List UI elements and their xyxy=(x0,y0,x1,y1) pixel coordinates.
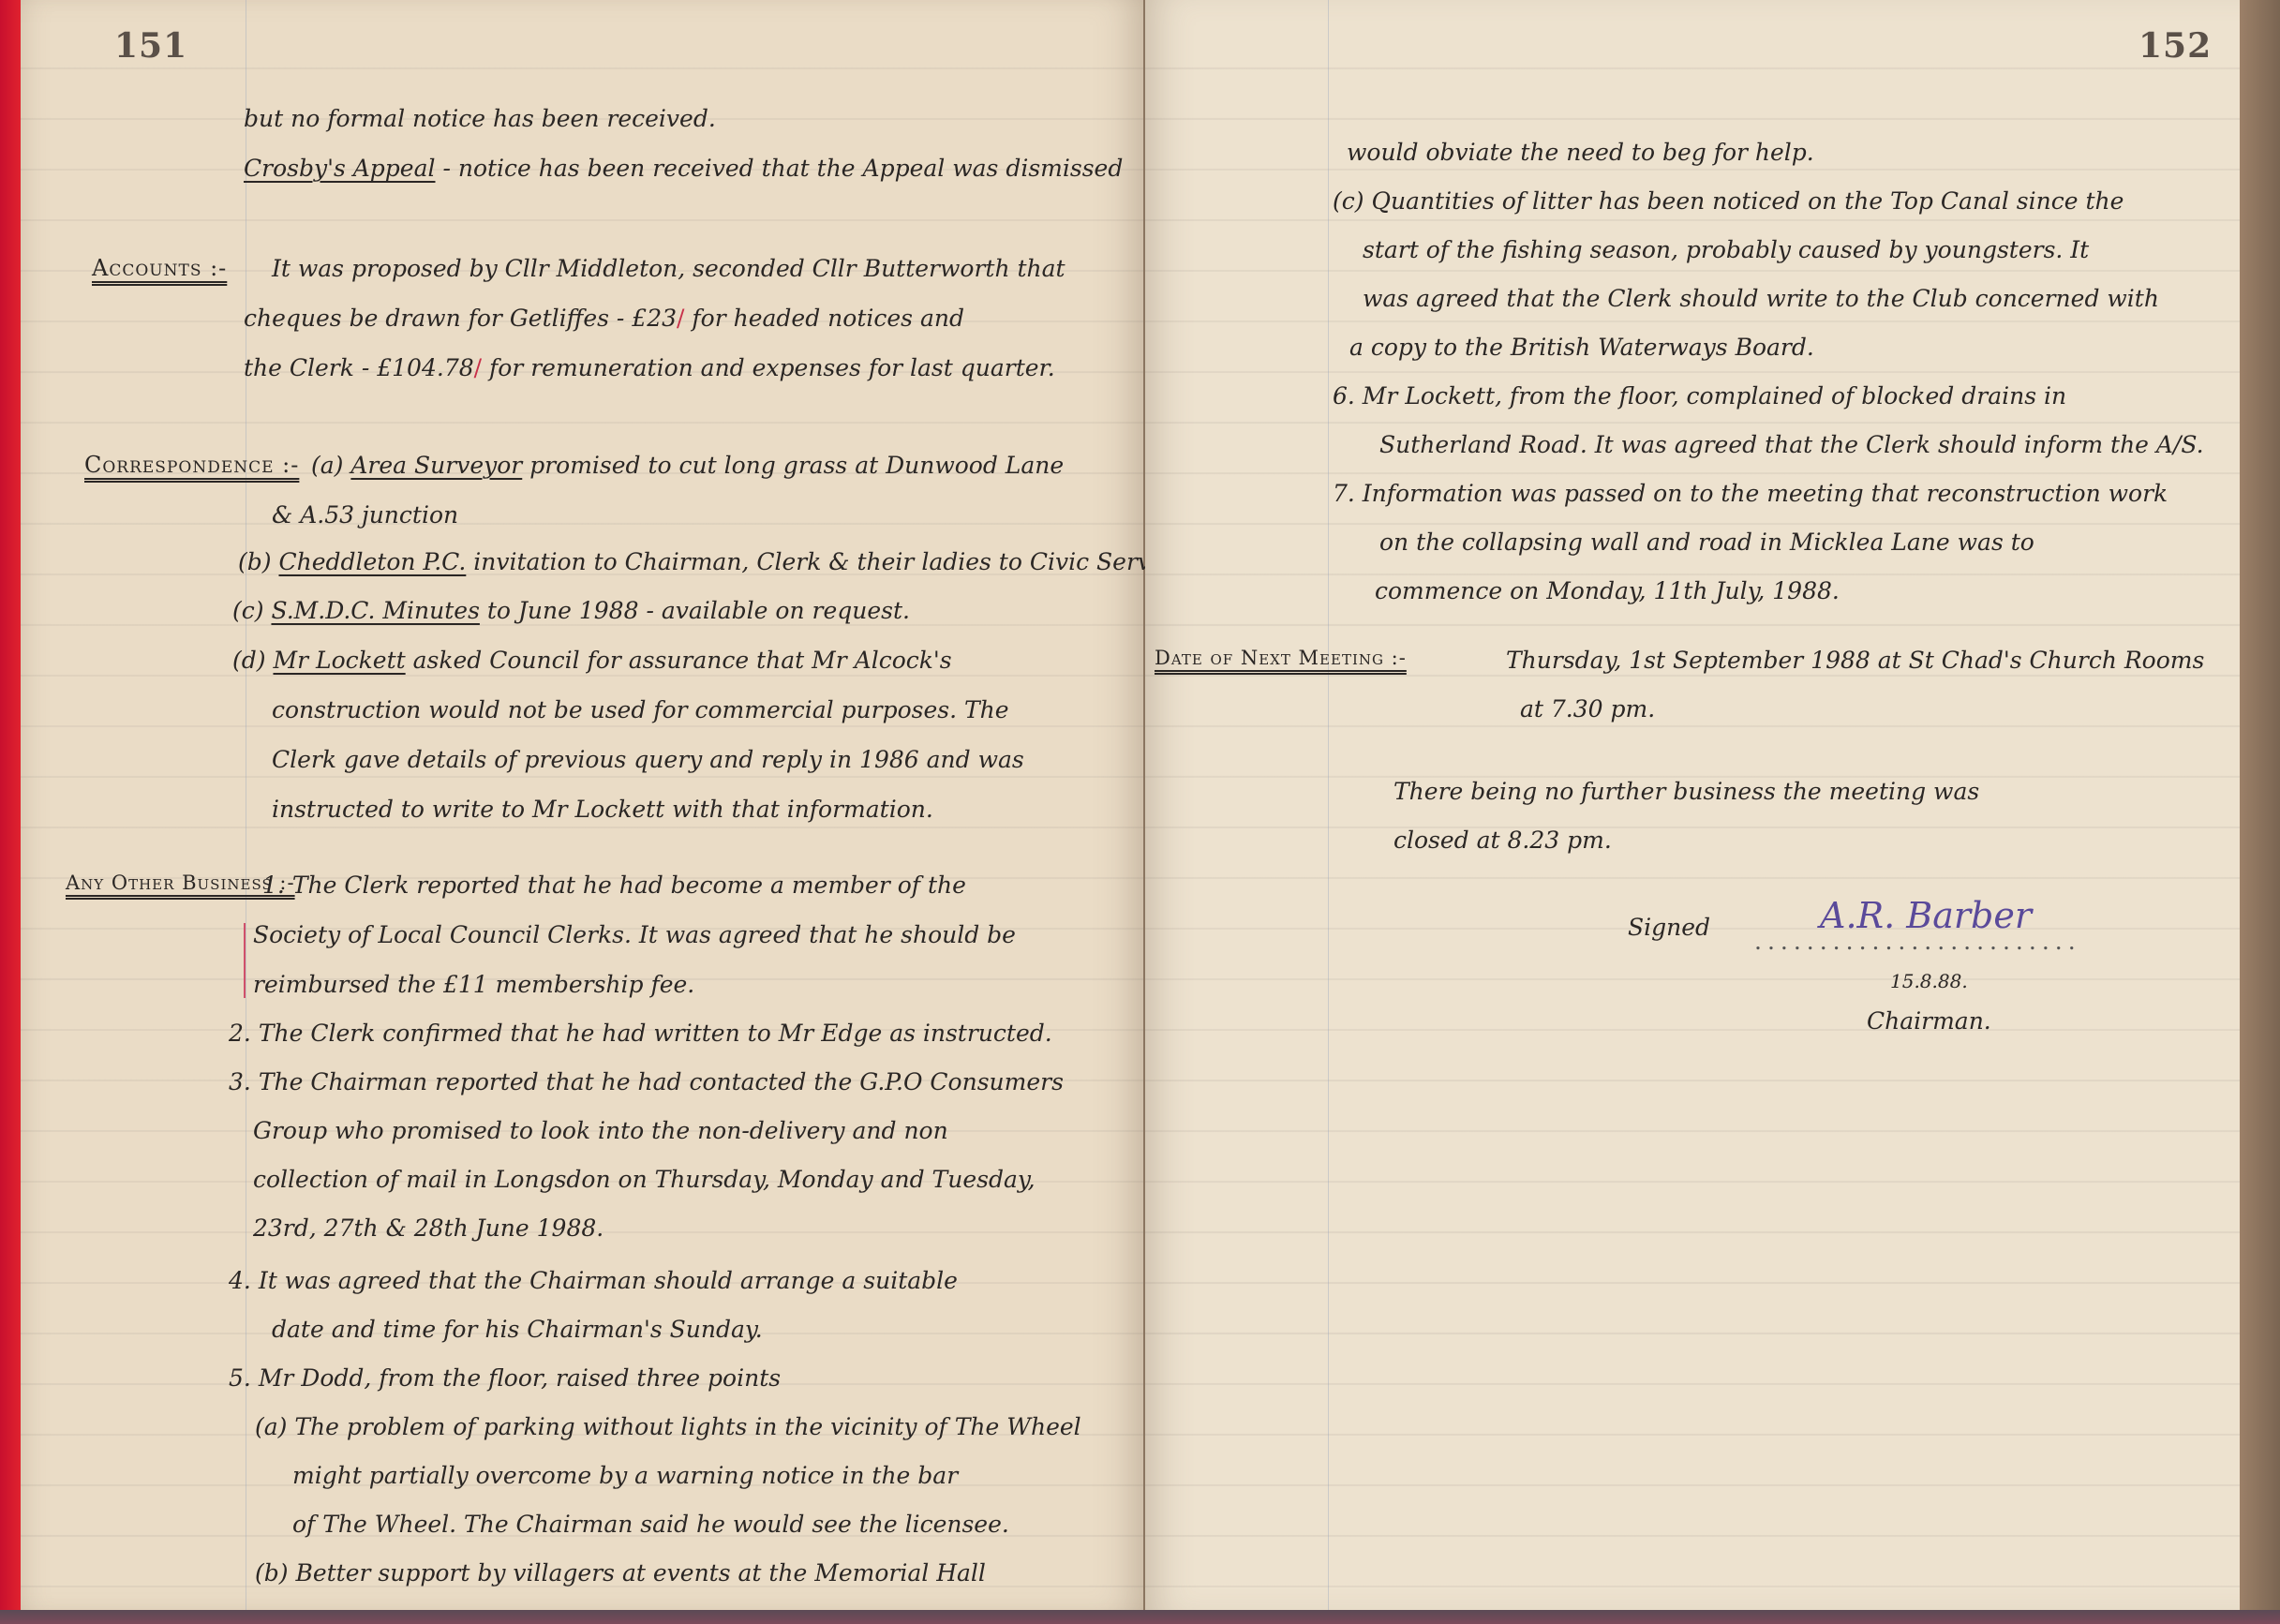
correspondence-item: (a) Area Surveyor promised to cut long g… xyxy=(311,452,1064,479)
red-tick-mark: / xyxy=(474,354,482,381)
text-line: start of the fishing season, probably ca… xyxy=(1363,236,2089,263)
correspondence-item: (d) Mr Lockett asked Council for assuran… xyxy=(232,647,952,674)
right-page: 152 would obviate the need to beg for he… xyxy=(1145,0,2240,1610)
margin-line xyxy=(1328,0,1329,1610)
aob-item: 1. The Clerk reported that he had become… xyxy=(262,872,966,899)
aob-item-cont: Group who promised to look into the non-… xyxy=(253,1117,948,1144)
aob-item-cont: date and time for his Chairman's Sunday. xyxy=(272,1316,763,1343)
page-number: 152 xyxy=(2138,26,2212,66)
correspondence-item-cont: instructed to write to Mr Lockett with t… xyxy=(272,796,933,823)
page-number: 151 xyxy=(114,26,187,66)
aob-item-cont: (a) The problem of parking without light… xyxy=(255,1413,1081,1440)
text-line: commence on Monday, 11th July, 1988. xyxy=(1375,577,1840,604)
closing-line: closed at 8.23 pm. xyxy=(1393,827,1612,854)
signed-label: Signed xyxy=(1628,914,1710,941)
aob-item-cont: collection of mail in Longsdon on Thursd… xyxy=(253,1166,1036,1193)
accounts-heading: Accounts :- xyxy=(92,255,227,281)
text-line: 6. Mr Lockett, from the floor, complaine… xyxy=(1333,382,2066,410)
text-line: was agreed that the Clerk should write t… xyxy=(1363,285,2159,312)
text-line: Sutherland Road. It was agreed that the … xyxy=(1379,431,2204,458)
aob-item-cont: Society of Local Council Clerks. It was … xyxy=(253,921,1016,948)
signoff-role: Chairman. xyxy=(1867,1007,1991,1035)
aob-item-cont: reimbursed the £11 membership fee. xyxy=(253,971,694,998)
aob-heading: Any Other Business :- xyxy=(66,872,295,894)
text-line: 7. Information was passed on to the meet… xyxy=(1333,480,2168,507)
text-line: but no formal notice has been received. xyxy=(244,105,716,132)
text-line: on the collapsing wall and road in Mickl… xyxy=(1379,529,2034,556)
aob-item: 3. The Chairman reported that he had con… xyxy=(229,1068,1064,1095)
red-tick-mark: / xyxy=(677,305,684,332)
left-page: 151 but no formal notice has been receiv… xyxy=(21,0,1143,1610)
book-cover-edge-right xyxy=(2240,0,2280,1624)
signature: A.R. Barber xyxy=(1820,895,2032,936)
aob-item: 2. The Clerk confirmed that he had writt… xyxy=(229,1020,1052,1047)
next-meeting-heading: Date of Next Meeting :- xyxy=(1155,647,1407,669)
aob-item-cont: of The Wheel. The Chairman said he would… xyxy=(292,1511,1009,1538)
correspondence-item: (b) Cheddleton P.C. invitation to Chairm… xyxy=(238,548,1185,575)
correspondence-item: (c) S.M.D.C. Minutes to June 1988 - avai… xyxy=(232,597,910,624)
next-meeting-line: Thursday, 1st September 1988 at St Chad'… xyxy=(1506,647,2204,674)
correspondence-item-cont: Clerk gave details of previous query and… xyxy=(272,746,1024,773)
accounts-line: cheques be drawn for Getliffes - £23/ fo… xyxy=(244,305,964,332)
accounts-line: the Clerk - £104.78/ for remuneration an… xyxy=(244,354,1055,381)
correspondence-item-cont: construction would not be used for comme… xyxy=(272,696,1009,723)
correspondence-item-cont: & A.53 junction xyxy=(272,501,458,529)
correspondence-heading: Correspondence :- xyxy=(84,452,299,478)
text-line: (c) Quantities of litter has been notice… xyxy=(1333,187,2124,215)
book-cover-spine-left xyxy=(0,0,21,1624)
aob-item-cont: 23rd, 27th & 28th June 1988. xyxy=(253,1214,604,1242)
aob-item: 5. Mr Dodd, from the floor, raised three… xyxy=(229,1364,781,1392)
aob-item: 4. It was agreed that the Chairman shoul… xyxy=(229,1267,958,1294)
aob-item-cont: (b) Better support by villagers at event… xyxy=(255,1559,986,1587)
crosby-appeal-line: Crosby's Appeal - notice has been receiv… xyxy=(244,155,1123,182)
book-cover-edge-bottom xyxy=(0,1610,2280,1624)
text-line: a copy to the British Waterways Board. xyxy=(1349,334,1814,361)
red-margin-mark xyxy=(244,923,246,998)
signoff-date: 15.8.88. xyxy=(1890,970,1968,992)
next-meeting-line: at 7.30 pm. xyxy=(1520,695,1655,723)
text-line: would obviate the need to beg for help. xyxy=(1347,139,1814,166)
aob-item-cont: might partially overcome by a warning no… xyxy=(292,1462,958,1489)
crosby-appeal-label: Crosby's Appeal xyxy=(244,155,436,182)
closing-line: There being no further business the meet… xyxy=(1393,778,1979,805)
accounts-line: It was proposed by Cllr Middleton, secon… xyxy=(272,255,1065,282)
